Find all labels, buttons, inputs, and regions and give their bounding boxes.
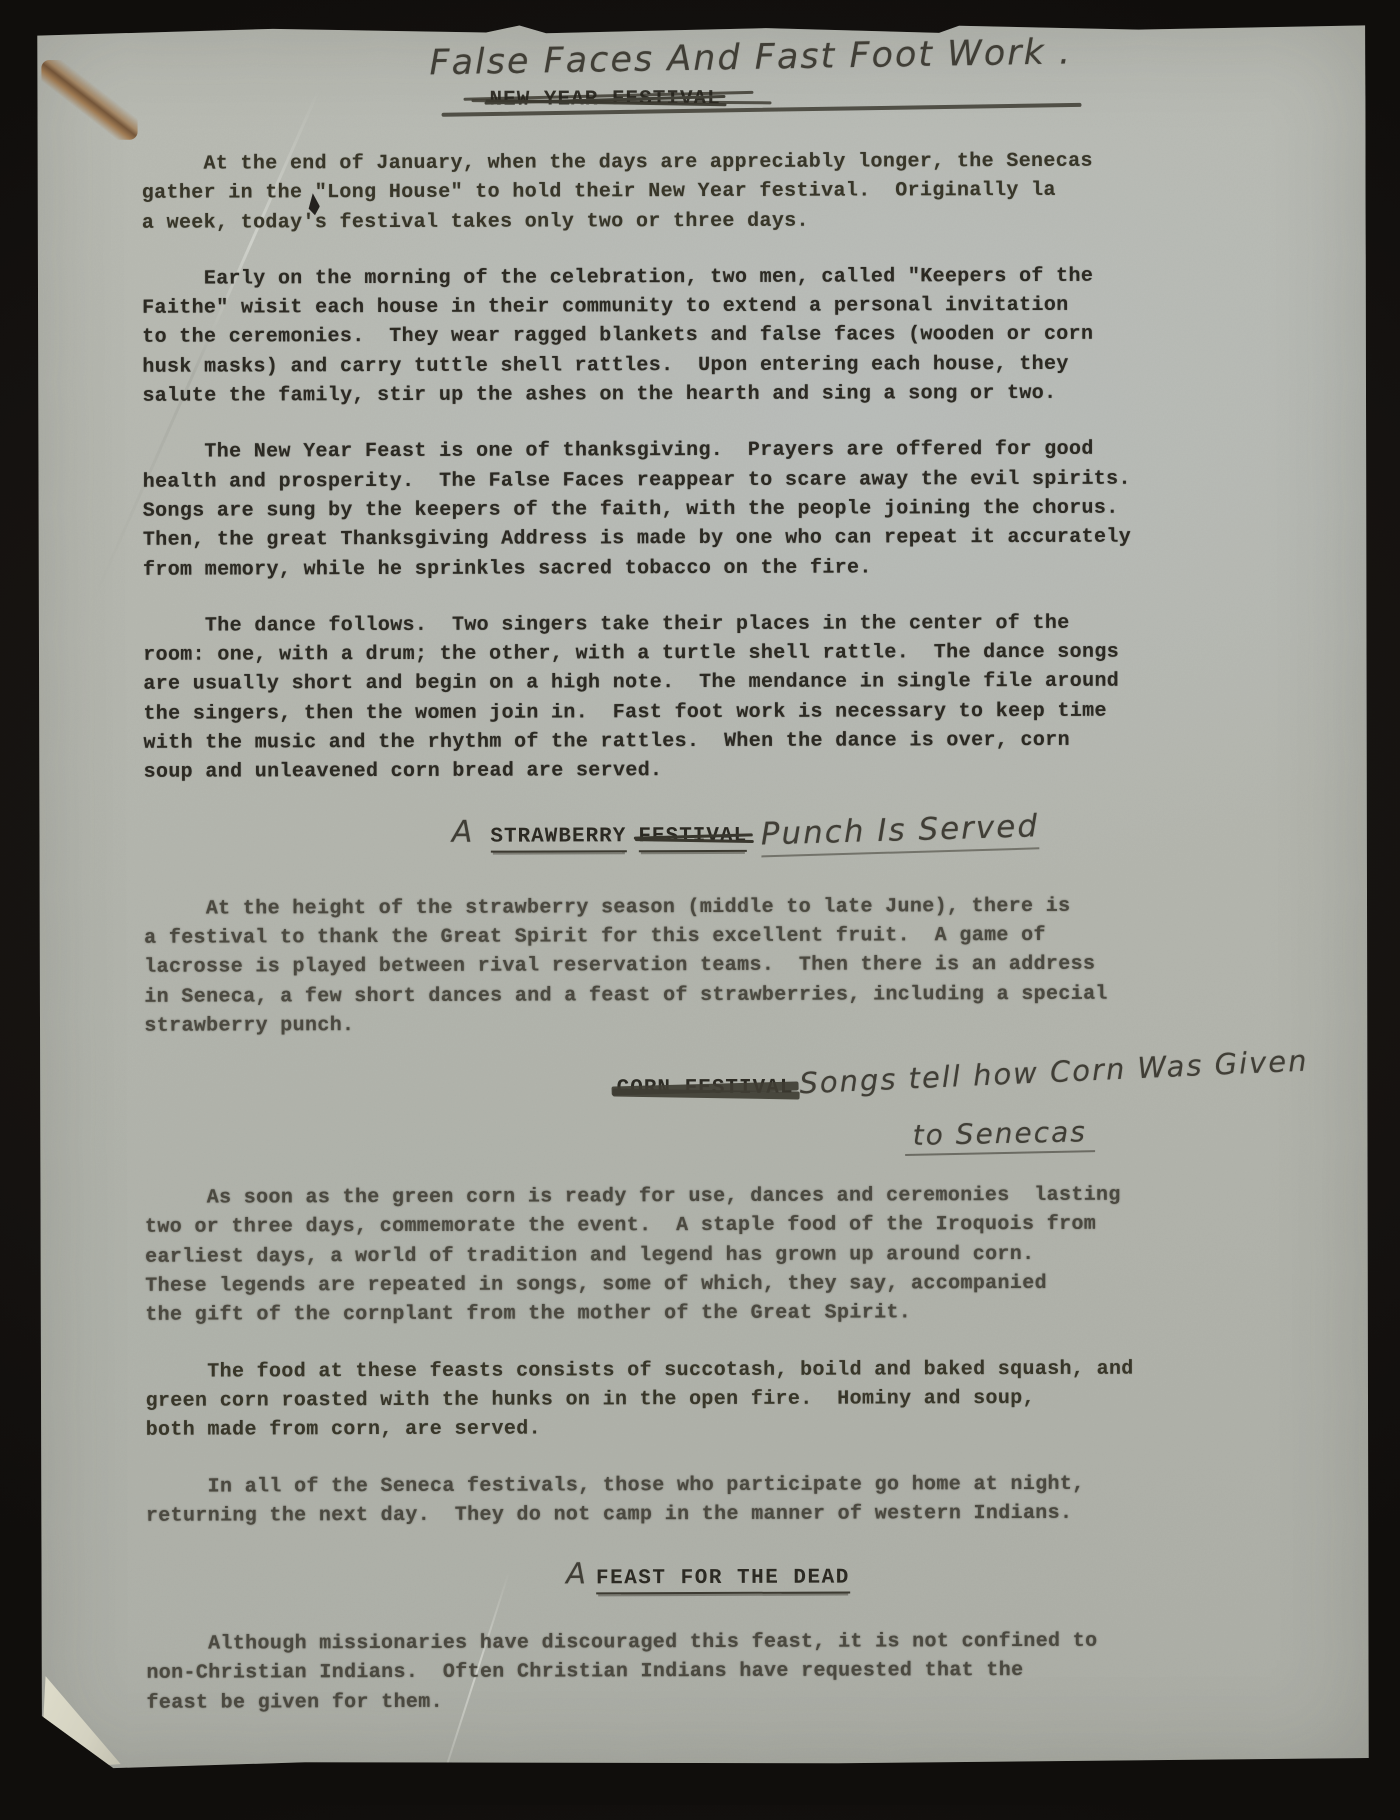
paragraph-thanksgiving: The New Year Feast is one of thanksgivin… [143,435,1153,585]
rust-stain [41,60,137,140]
paragraph-go-home-at-night: In all of the Seneca festivals, those wh… [146,1469,1156,1531]
paragraph-missionaries: Although missionaries have discouraged t… [146,1627,1156,1718]
document-page: False Faces And Fast Foot Work . NEW YEA… [33,22,1370,1770]
handwritten-to-senecas: to Senecas [904,1115,1095,1156]
paragraph-the-dance: The dance follows. Two singers take thei… [143,608,1154,787]
strawberry-heading-label: STRAWBERRY [490,825,626,852]
heading-strawberry-festival: ASTRAWBERRYFESTIVALPunch Is Served [452,811,1154,863]
handwritten-songs-line: Songs tell how Corn Was Given [798,1044,1308,1101]
heading-corn-line2: to Senecas [905,1117,1155,1158]
paragraph-new-year-1: At the end of January, when the days are… [142,147,1152,238]
handwritten-title: False Faces And Fast Foot Work . [429,32,1072,83]
heading-feast-for-the-dead: AFEAST FOR THE DEAD [566,1555,1156,1599]
handwritten-letter-a: A [452,814,475,849]
struck-festival-word: FESTIVAL [638,824,747,851]
handwritten-letter-a: A [566,1556,588,1590]
paragraph-feast-food: The food at these feasts consists of suc… [145,1354,1155,1445]
paragraph-strawberry-season: At the height of the strawberry season (… [144,891,1154,1041]
paragraph-green-corn: As soon as the green corn is ready for u… [145,1181,1155,1331]
struck-typed-title-wrap: NEW YEAR FESTIVAL [489,88,720,112]
typed-letter-content: False Faces And Fast Foot Work . NEW YEA… [141,35,1156,1745]
feast-for-dead-label: FEAST FOR THE DEAD [596,1567,850,1595]
folded-corner [42,1676,120,1768]
paragraph-keepers-of-faith: Early on the morning of the celebration,… [142,261,1152,411]
struck-corn-festival: CORN FESTIVAL [617,1077,794,1101]
handwritten-punch-is-served: Punch Is Served [761,808,1040,857]
heading-corn-festival: CORN FESTIVALSongs tell how Corn Was Giv… [617,1065,1155,1113]
struck-typed-title: NEW YEAR FESTIVAL [489,88,720,112]
title-block: False Faces And Fast Foot Work . NEW YEA… [141,35,1151,134]
